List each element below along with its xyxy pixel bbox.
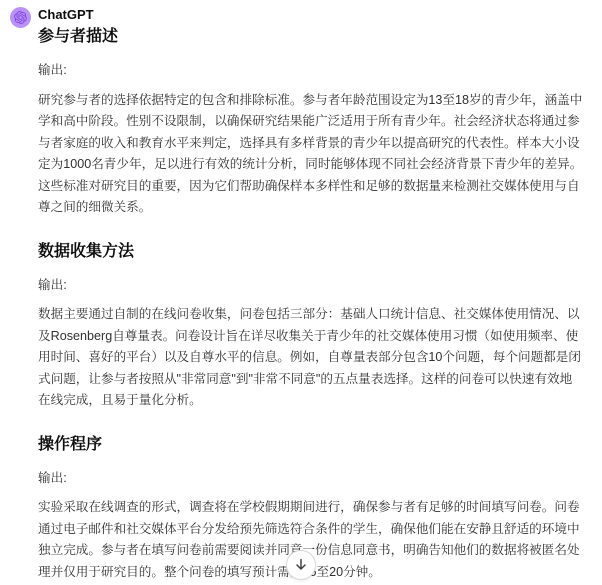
assistant-message: ChatGPT 参与者描述 输出: 研究参与者的选择依据特定的包含和排除标准。参… <box>0 0 602 585</box>
avatar-column <box>10 5 38 585</box>
section-paragraph: 研究参与者的选择依据特定的包含和排除标准。参与者年龄范围设定为13至18岁的青少… <box>38 90 590 219</box>
message-content: ChatGPT 参与者描述 输出: 研究参与者的选择依据特定的包含和排除标准。参… <box>38 5 590 585</box>
arrow-down-icon <box>293 557 309 573</box>
chatgpt-avatar <box>10 7 31 28</box>
section-paragraph: 数据主要通过自制的在线问卷收集，问卷包括三部分：基础人口统计信息、社交媒体使用情… <box>38 304 590 412</box>
scroll-to-bottom-button[interactable] <box>286 550 316 580</box>
section-title-data-collection: 数据收集方法 <box>38 241 590 263</box>
openai-logo-icon <box>14 11 27 24</box>
output-label: 输出: <box>38 468 590 490</box>
chat-page: ChatGPT 参与者描述 输出: 研究参与者的选择依据特定的包含和排除标准。参… <box>0 0 602 585</box>
section-title-participants: 参与者描述 <box>38 26 590 48</box>
section-title-procedure: 操作程序 <box>38 434 590 456</box>
sender-name: ChatGPT <box>38 5 590 25</box>
output-label: 输出: <box>38 60 590 82</box>
output-label: 输出: <box>38 275 590 297</box>
